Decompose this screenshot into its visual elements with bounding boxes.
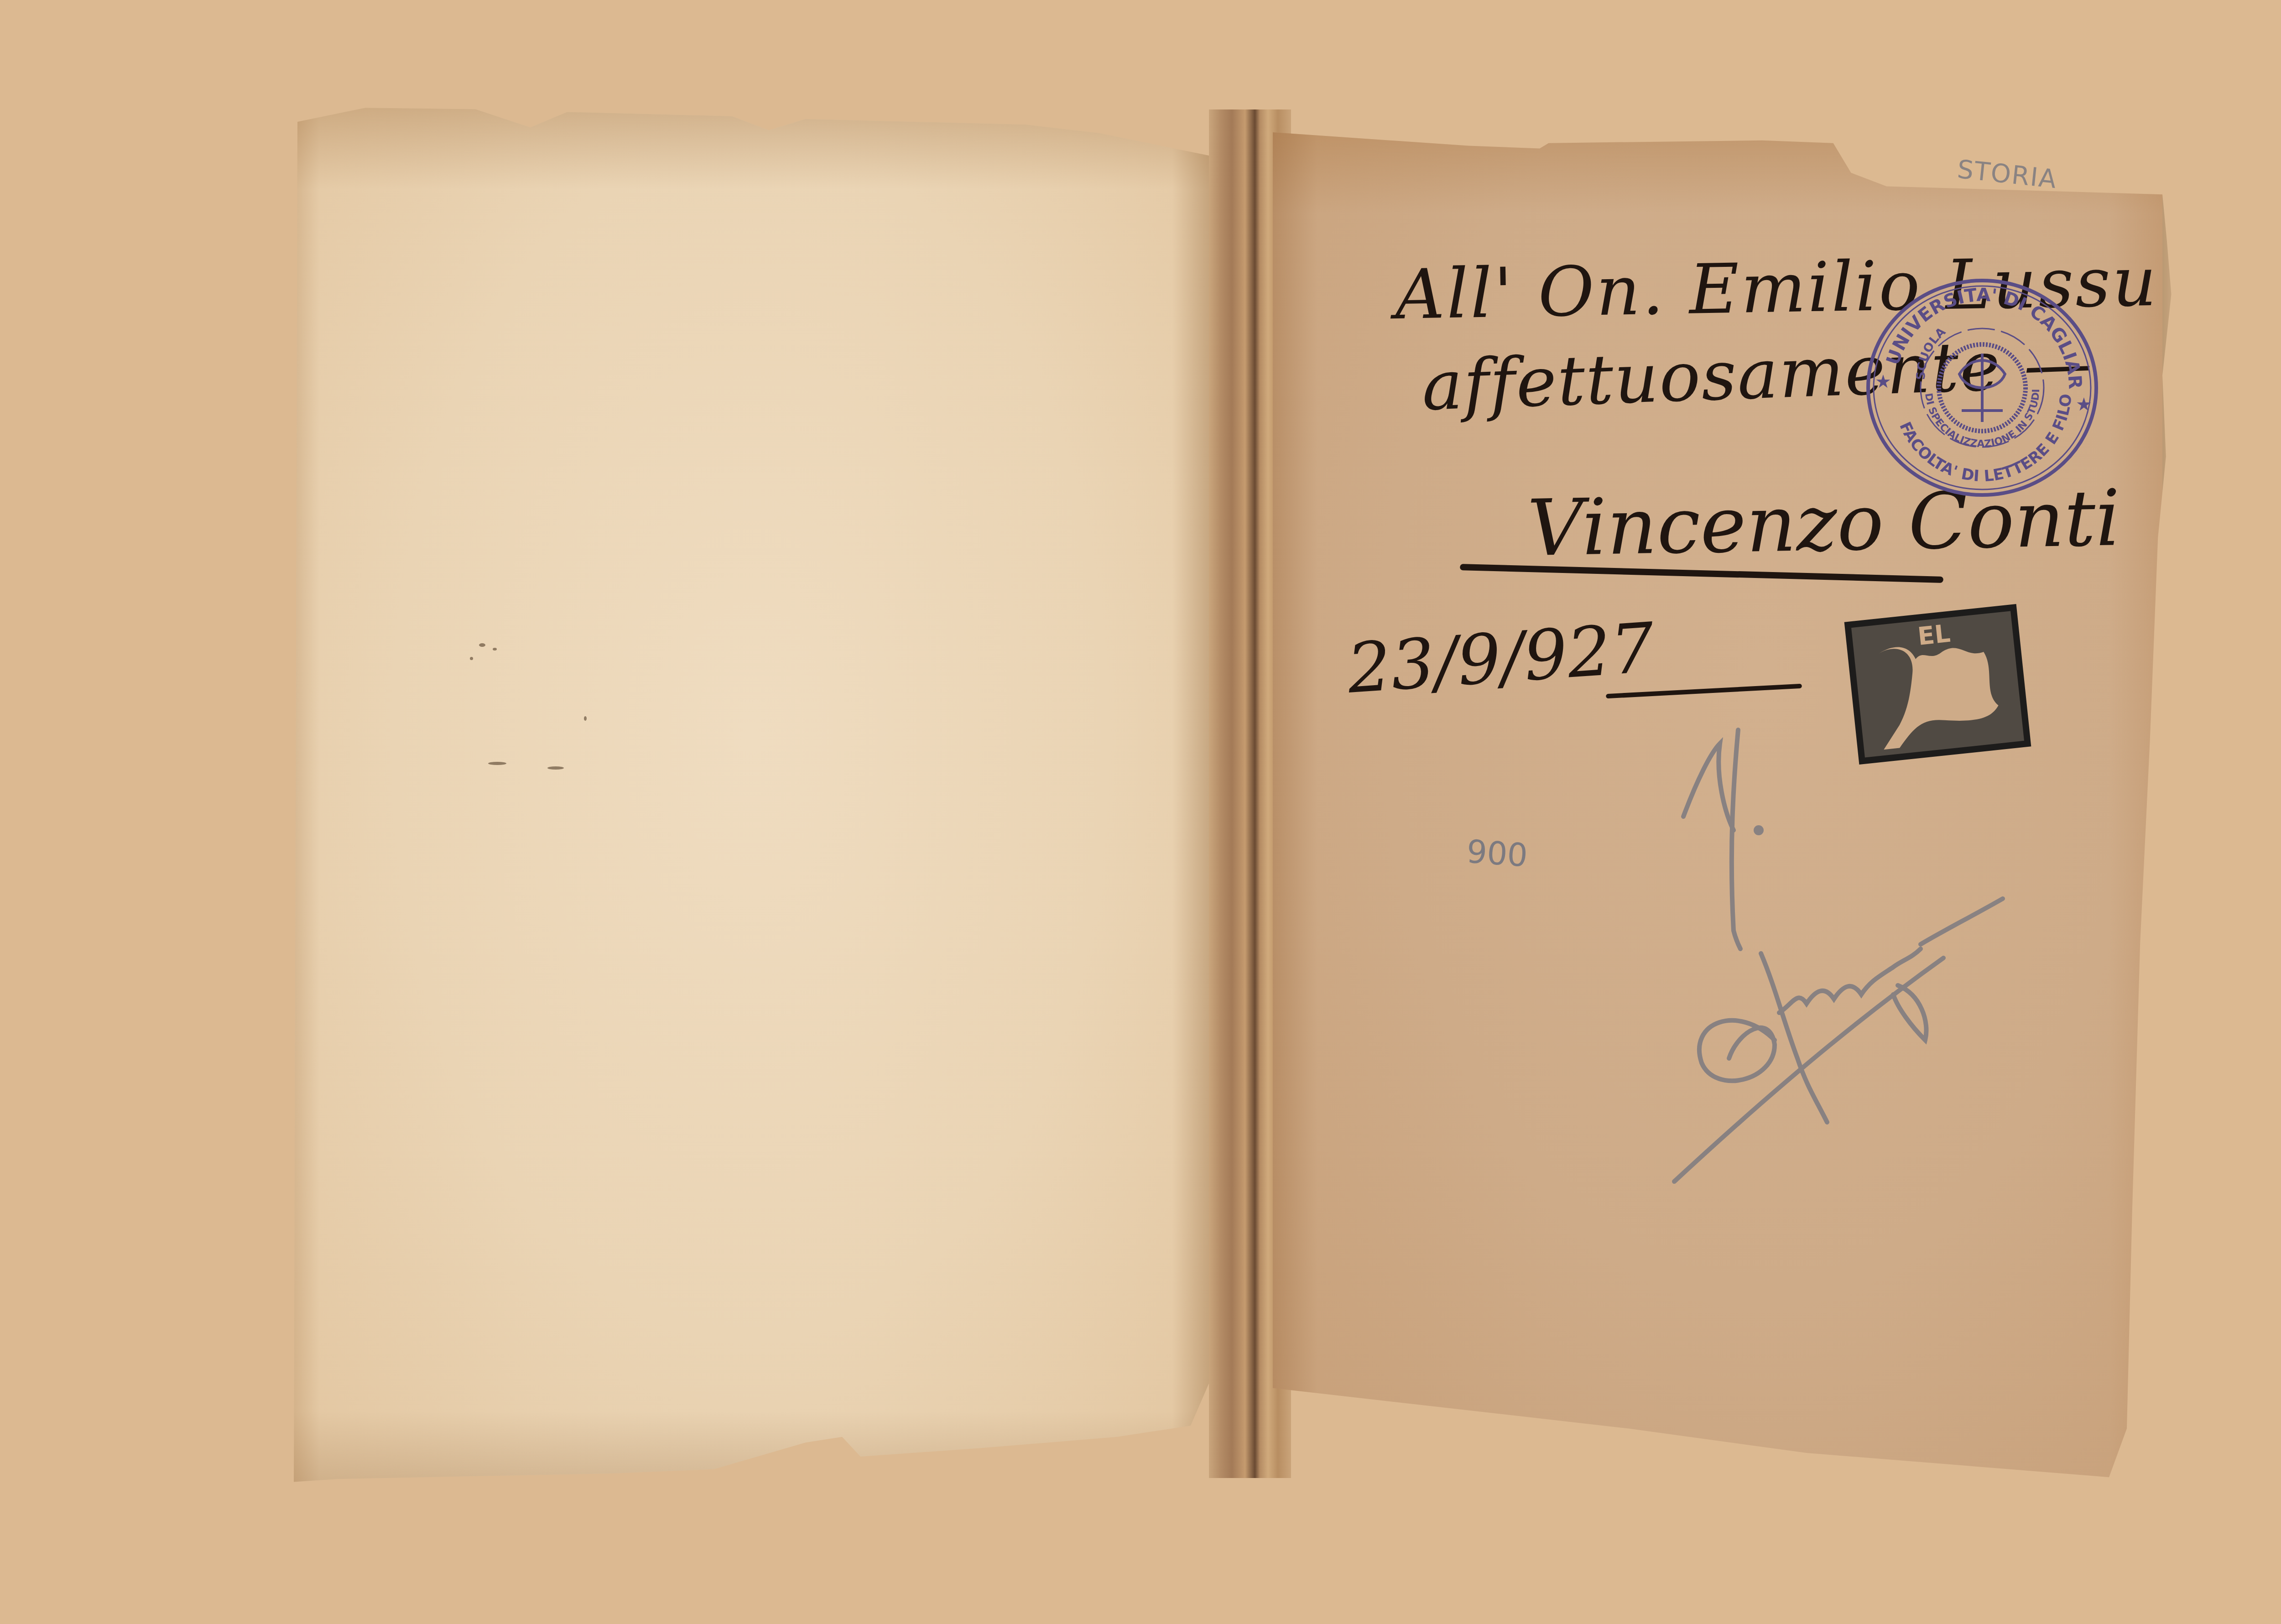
svg-text:★: ★ (1875, 371, 1891, 392)
left-page (292, 105, 1209, 1510)
foxing-spot (493, 648, 497, 651)
foxing-spot (547, 766, 564, 770)
seal-icon: UNIVERSITA' DI CAGLIARI FACOLTA' DI LETT… (1861, 274, 2103, 502)
pencil-signature-icon (1624, 712, 2035, 1223)
svg-text:★: ★ (2076, 394, 2092, 415)
svg-text:UNIVERSITA' DI CAGLIARI: UNIVERSITA' DI CAGLIARI (1861, 274, 2086, 390)
svg-text:EL: EL (1916, 619, 1952, 651)
price-note: 900 (1465, 833, 1529, 874)
foxing-spot (470, 657, 473, 660)
shelf-mark: STORIA (1956, 155, 2058, 195)
foxing-spot (584, 716, 587, 721)
foxing-spot (479, 643, 485, 647)
university-stamp: UNIVERSITA' DI CAGLIARI FACOLTA' DI LETT… (1861, 274, 2103, 502)
foxing-spot (488, 762, 506, 765)
pencil-signature (1624, 712, 2035, 1223)
